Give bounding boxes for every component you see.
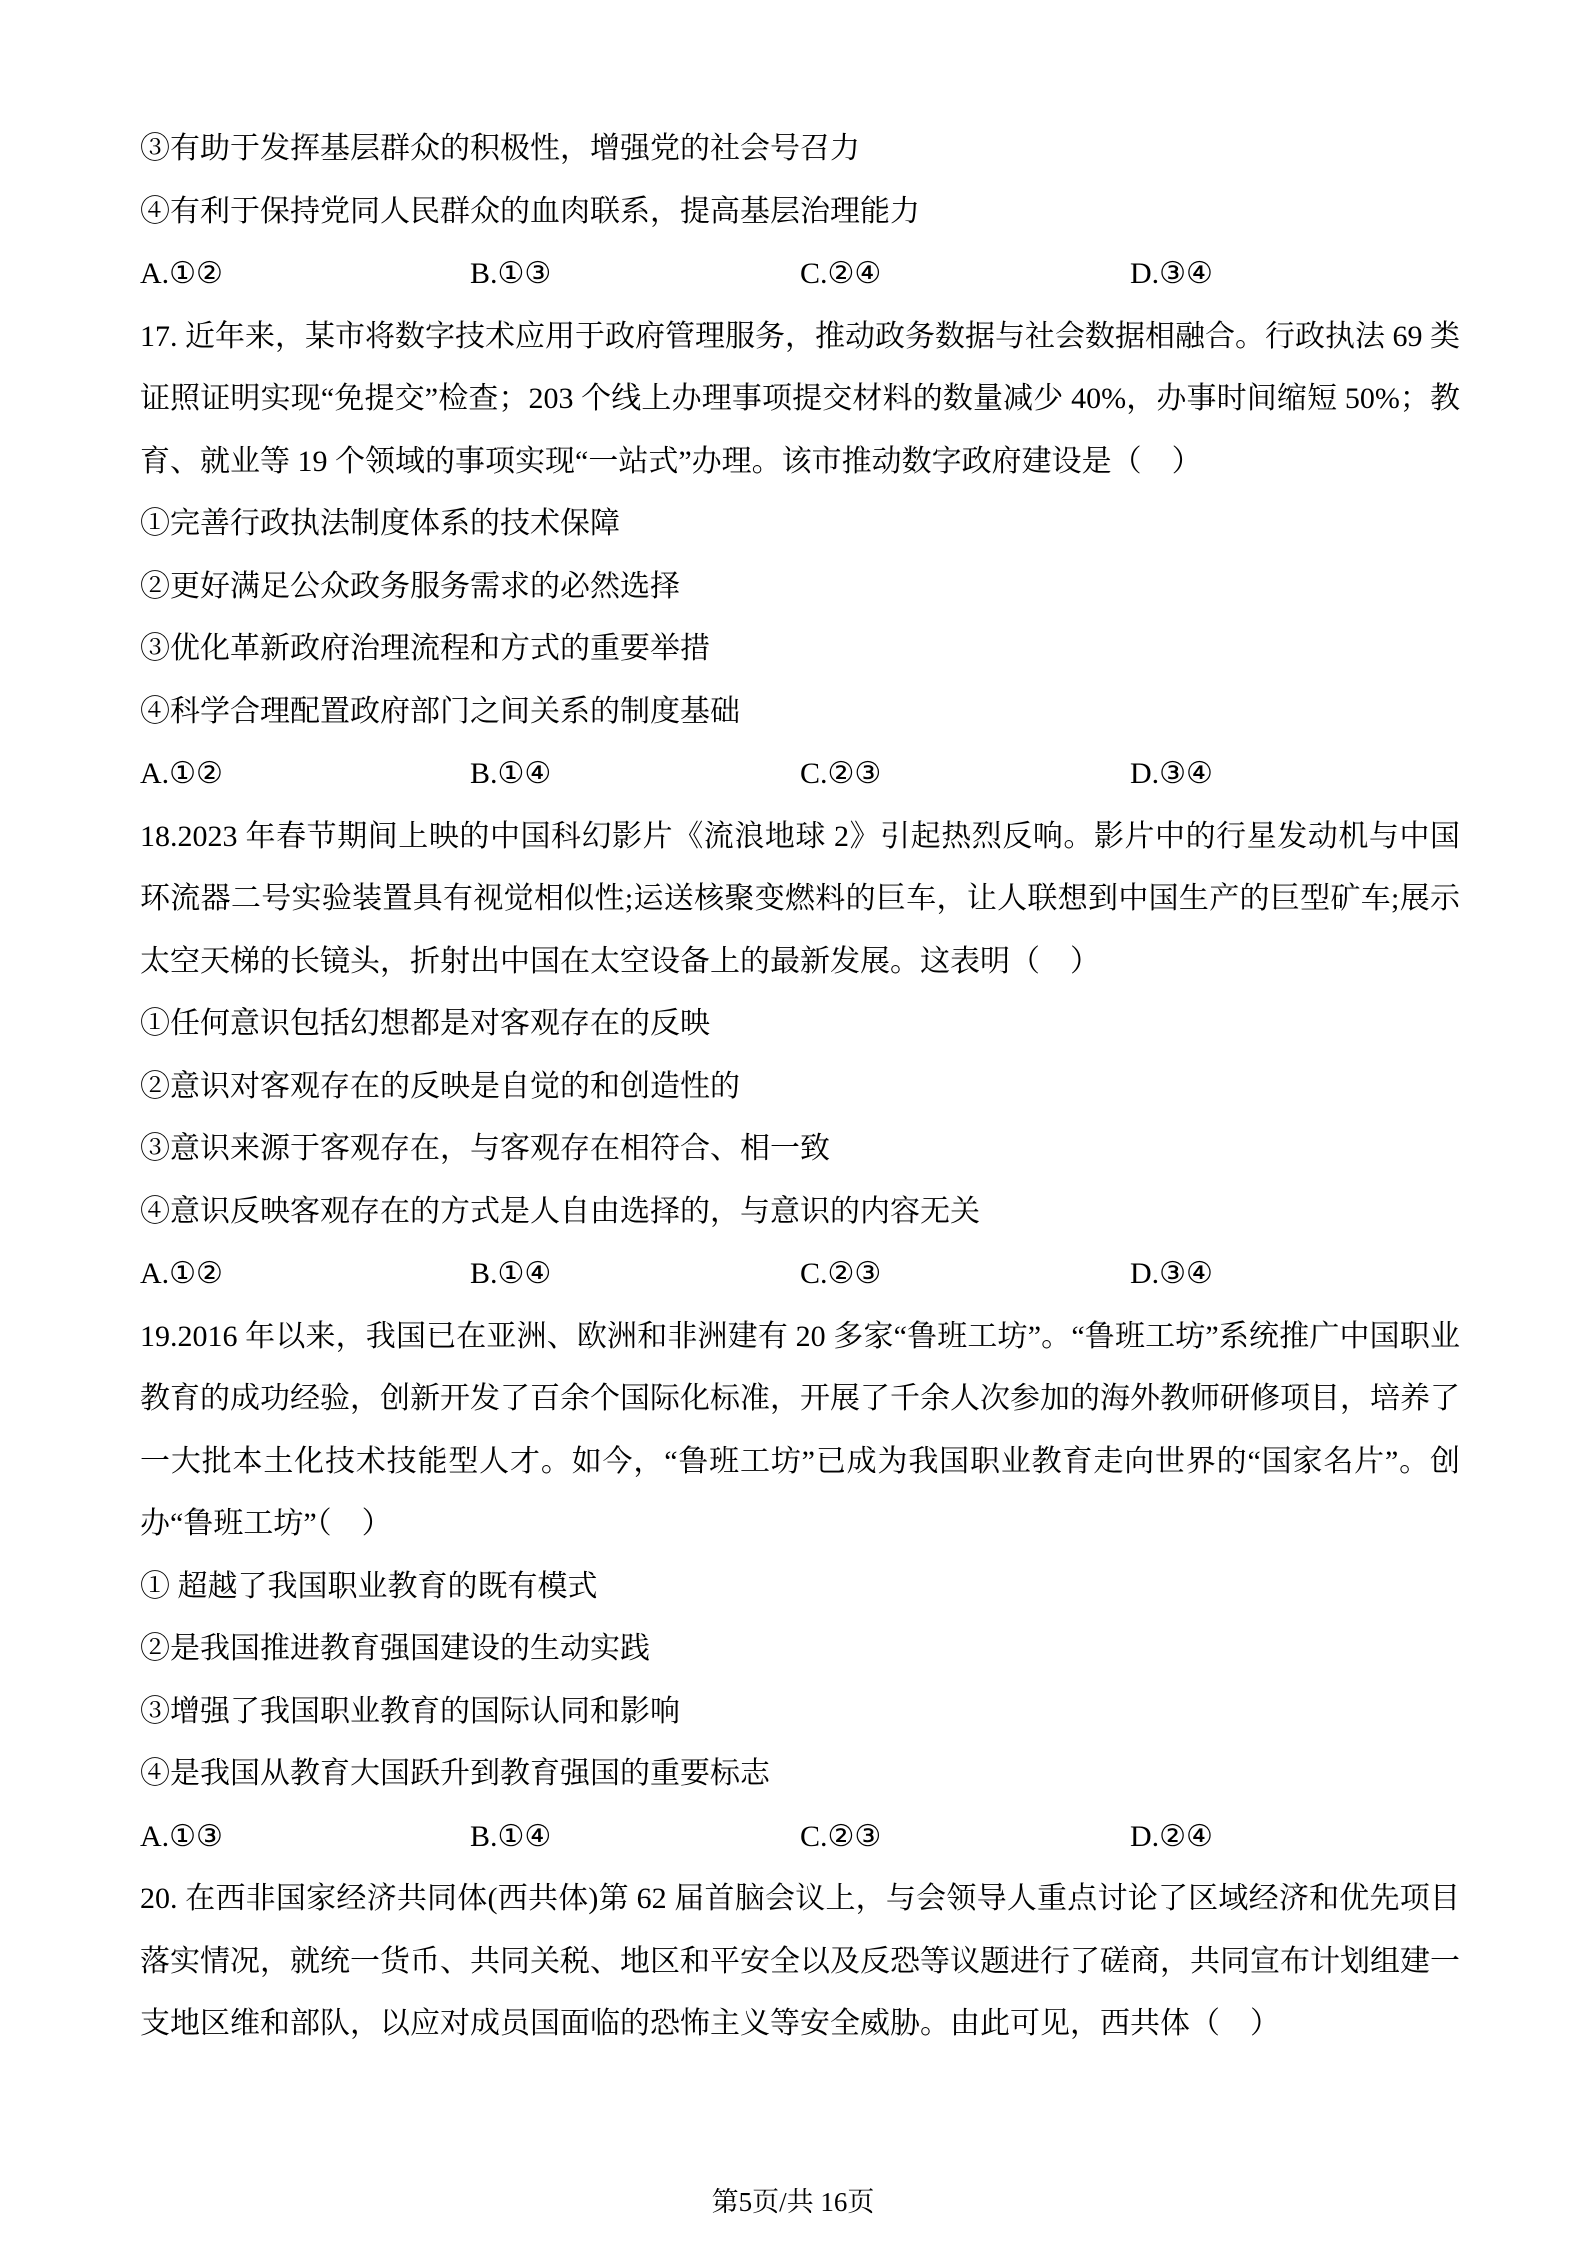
question-block: 18.2023 年春节期间上映的中国科幻影片《流浪地球 2》引起热烈反响。影片中… xyxy=(140,806,1460,1306)
question-items: ①任何意识包括幻想都是对客观存在的反映 ②意识对客观存在的反映是自觉的和创造性的… xyxy=(140,993,1460,1243)
answer-option: A.①② xyxy=(140,1243,470,1306)
answer-option: D.③④ xyxy=(1130,1243,1460,1306)
option-item: ④是我国从教育大国跃升到教育强国的重要标志 xyxy=(140,1743,1460,1806)
option-item: ④意识反映客观存在的方式是人自由选择的，与意识的内容无关 xyxy=(140,1181,1460,1244)
question-stem: 20. 在西非国家经济共同体(西共体)第 62 届首脑会议上，与会领导人重点讨论… xyxy=(140,1868,1460,2056)
answer-option: C.②③ xyxy=(800,1243,1130,1306)
option-item: ① 超越了我国职业教育的既有模式 xyxy=(140,1556,1460,1619)
option-item: ①完善行政执法制度体系的技术保障 xyxy=(140,493,1460,556)
option-item: ②意识对客观存在的反映是自觉的和创造性的 xyxy=(140,1056,1460,1119)
question-block: 20. 在西非国家经济共同体(西共体)第 62 届首脑会议上，与会领导人重点讨论… xyxy=(140,1868,1460,2056)
option-item: ②更好满足公众政务服务需求的必然选择 xyxy=(140,556,1460,619)
answer-option: A.①③ xyxy=(140,1806,470,1869)
option-item: ①任何意识包括幻想都是对客观存在的反映 xyxy=(140,993,1460,1056)
question-stem-text: 2023 年春节期间上映的中国科幻影片《流浪地球 2》引起热烈反响。影片中的行星… xyxy=(140,820,1460,978)
question-stem-text: 2016 年以来，我国已在亚洲、欧洲和非洲建有 20 多家“鲁班工坊”。“鲁班工… xyxy=(140,1320,1460,1541)
answer-option: B.①④ xyxy=(470,1806,800,1869)
answer-option: A.①② xyxy=(140,243,470,306)
question-block: ③有助于发挥基层群众的积极性，增强党的社会号召力 ④有利于保持党同人民群众的血肉… xyxy=(140,118,1460,306)
question-items: ① 超越了我国职业教育的既有模式 ②是我国推进教育强国建设的生动实践 ③增强了我… xyxy=(140,1556,1460,1806)
answer-option: D.③④ xyxy=(1130,243,1460,306)
question-options: A.①② B.①③ C.②④ D.③④ xyxy=(140,243,1460,306)
exam-page: ③有助于发挥基层群众的积极性，增强党的社会号召力 ④有利于保持党同人民群众的血肉… xyxy=(0,0,1586,2244)
question-number: 18. xyxy=(140,820,178,853)
question-items: ①完善行政执法制度体系的技术保障 ②更好满足公众政务服务需求的必然选择 ③优化革… xyxy=(140,493,1460,743)
answer-option: C.②④ xyxy=(800,243,1130,306)
question-options: A.①② B.①④ C.②③ D.③④ xyxy=(140,743,1460,806)
question-block: 17. 近年来，某市将数字技术应用于政府管理服务，推动政务数据与社会数据相融合。… xyxy=(140,306,1460,806)
question-number: 20. xyxy=(140,1882,178,1915)
question-block: 19.2016 年以来，我国已在亚洲、欧洲和非洲建有 20 多家“鲁班工坊”。“… xyxy=(140,1306,1460,1869)
question-stem: 18.2023 年春节期间上映的中国科幻影片《流浪地球 2》引起热烈反响。影片中… xyxy=(140,806,1460,994)
question-number: 17. xyxy=(140,320,178,353)
question-stem: 17. 近年来，某市将数字技术应用于政府管理服务，推动政务数据与社会数据相融合。… xyxy=(140,306,1460,494)
questions: ③有助于发挥基层群众的积极性，增强党的社会号召力 ④有利于保持党同人民群众的血肉… xyxy=(140,118,1460,2056)
option-item: ④有利于保持党同人民群众的血肉联系，提高基层治理能力 xyxy=(140,181,1460,244)
answer-option: C.②③ xyxy=(800,1806,1130,1869)
question-options: A.①③ B.①④ C.②③ D.②④ xyxy=(140,1806,1460,1869)
page-footer: 第5页/共 16页 xyxy=(0,2182,1586,2222)
answer-option: B.①④ xyxy=(470,1243,800,1306)
answer-option: D.③④ xyxy=(1130,743,1460,806)
answer-option: D.②④ xyxy=(1130,1806,1460,1869)
option-item: ③优化革新政府治理流程和方式的重要举措 xyxy=(140,618,1460,681)
question-items: ③有助于发挥基层群众的积极性，增强党的社会号召力 ④有利于保持党同人民群众的血肉… xyxy=(140,118,1460,243)
answer-option: A.①② xyxy=(140,743,470,806)
question-stem: 19.2016 年以来，我国已在亚洲、欧洲和非洲建有 20 多家“鲁班工坊”。“… xyxy=(140,1306,1460,1556)
question-stem-text: 近年来，某市将数字技术应用于政府管理服务，推动政务数据与社会数据相融合。行政执法… xyxy=(140,320,1460,478)
option-item: ③意识来源于客观存在，与客观存在相符合、相一致 xyxy=(140,1118,1460,1181)
answer-option: B.①④ xyxy=(470,743,800,806)
option-item: ③增强了我国职业教育的国际认同和影响 xyxy=(140,1681,1460,1744)
answer-option: C.②③ xyxy=(800,743,1130,806)
option-item: ②是我国推进教育强国建设的生动实践 xyxy=(140,1618,1460,1681)
option-item: ④科学合理配置政府部门之间关系的制度基础 xyxy=(140,681,1460,744)
question-stem-text: 在西非国家经济共同体(西共体)第 62 届首脑会议上，与会领导人重点讨论了区域经… xyxy=(140,1882,1460,2040)
question-options: A.①② B.①④ C.②③ D.③④ xyxy=(140,1243,1460,1306)
question-number: 19. xyxy=(140,1320,178,1353)
answer-option: B.①③ xyxy=(470,243,800,306)
option-item: ③有助于发挥基层群众的积极性，增强党的社会号召力 xyxy=(140,118,1460,181)
